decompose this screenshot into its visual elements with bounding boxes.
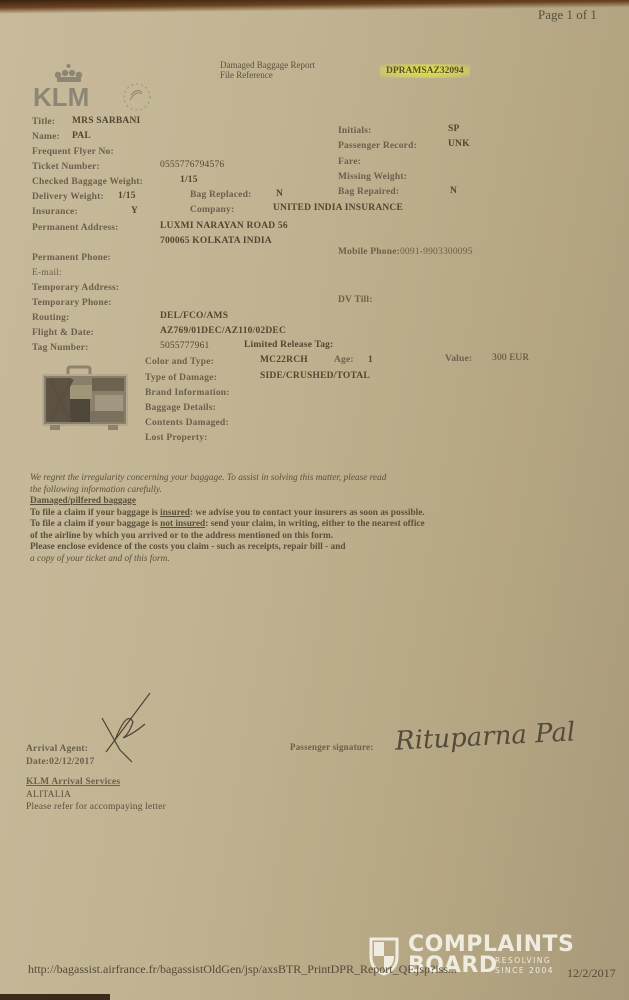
brand-info-label: Brand Information: (145, 388, 230, 398)
notice-heading: Damaged/pilfered baggage (30, 496, 425, 508)
carrier-name: ALITALIA (26, 790, 71, 800)
initials-value: SP (448, 124, 460, 134)
permanent-address-label: Permanent Address: (32, 223, 119, 233)
passenger-signature: Rituparna Pal (394, 717, 576, 756)
file-reference-label: File Reference (220, 70, 273, 80)
arrival-agent-label: Arrival Agent: (26, 744, 88, 754)
missing-weight-label: Missing Weight: (338, 172, 407, 182)
flight-date-label: Flight & Date: (32, 328, 94, 338)
permanent-address-line2: 700065 KOLKATA INDIA (160, 236, 272, 246)
ticket-value: 0555776794576 (160, 160, 224, 170)
damaged-suitcase-icon (40, 365, 135, 435)
company-label: Company: (190, 205, 234, 215)
value-label: Value: (445, 354, 472, 364)
initials-label: Initials: (338, 126, 371, 136)
title-label: Title: (32, 117, 55, 127)
passenger-record-label: Passenger Record: (338, 141, 417, 151)
delivery-weight-value: 1/15 (118, 191, 136, 201)
page-indicator: Page 1 of 1 (538, 7, 597, 23)
notice-not-insured: To file a claim if your baggage is not i… (30, 519, 425, 531)
bag-repaired-label: Bag Repaired: (338, 187, 399, 197)
company-value: UNITED INDIA INSURANCE (273, 203, 403, 213)
tag-number-value: 5055777961 (160, 341, 210, 351)
damage-type-label: Type of Damage: (145, 373, 217, 383)
flight-date-value: AZ769/01DEC/AZ110/02DEC (160, 326, 286, 336)
bag-replaced-value: N (276, 189, 283, 199)
mobile-phone: Mobile Phone:0091-9903300095 (338, 247, 473, 257)
color-type-value: MC22RCH (260, 355, 308, 365)
insurance-label: Insurance: (32, 207, 78, 217)
arrival-date: Date:02/12/2017 (26, 757, 94, 767)
notice-line-1: We regret the irregularity concerning yo… (30, 473, 425, 485)
mobile-label: Mobile Phone: (338, 247, 400, 257)
damage-type-value: SIDE/CRUSHED/TOTAL (260, 371, 370, 381)
bag-repaired-value: N (450, 186, 457, 196)
name-label: Name: (32, 132, 60, 142)
accompanying-letter-note: Please refer for accompaying letter (26, 802, 166, 812)
passenger-record-value: UNK (448, 139, 470, 149)
title-value: MRS SARBANI (72, 116, 140, 126)
email-label: E-mail: (32, 268, 62, 278)
mobile-value: 0091-9903300095 (400, 247, 473, 257)
arrival-date-value: 02/12/2017 (49, 757, 94, 767)
insurance-value: Y (131, 206, 138, 216)
checked-weight-value: 1/15 (180, 175, 198, 185)
tag-number-label: Tag Number: (32, 343, 88, 353)
notice-line-7: Please enclose evidence of the costs you… (30, 542, 425, 554)
contents-damaged-label: Contents Damaged: (145, 418, 229, 428)
notice-line-6: of the airline by which you arrived or t… (30, 531, 425, 543)
bag-replaced-label: Bag Replaced: (190, 190, 251, 200)
routing-label: Routing: (32, 313, 70, 323)
checked-weight-label: Checked Baggage Weight: (32, 177, 143, 187)
baggage-details-label: Baggage Details: (145, 403, 216, 413)
name-value: PAL (72, 131, 91, 141)
notice-line-8: a copy of your ticket and of this form. (30, 554, 425, 566)
delivery-weight-label: Delivery Weight: (32, 192, 104, 202)
temporary-address-label: Temporary Address: (32, 283, 119, 293)
permanent-address-line1: LUXMI NARAYAN ROAD 56 (160, 221, 288, 231)
klm-logo: KLM (30, 62, 155, 117)
permanent-phone-label: Permanent Phone: (32, 253, 111, 263)
temporary-phone-label: Temporary Phone: (32, 298, 112, 308)
lost-property-label: Lost Property: (145, 433, 208, 443)
age-label: Age: (334, 355, 354, 365)
notice-line-2: the following information carefully. (30, 485, 425, 497)
limited-release-tag-label: Limited Release Tag: (244, 340, 334, 350)
report-title: Damaged Baggage Report (220, 60, 315, 70)
ticket-label: Ticket Number: (32, 162, 100, 172)
agent-signature (90, 690, 170, 770)
frequent-flyer-label: Frequent Flyer No: (32, 147, 114, 157)
arrival-services-title: KLM Arrival Services (26, 777, 120, 787)
klm-crown-icon: KLM (30, 62, 155, 117)
footer-date: 12/2/2017 (567, 966, 616, 981)
dv-till-label: DV Till: (338, 295, 373, 305)
notice-insured: To file a claim if your baggage is insur… (30, 508, 425, 520)
fare-label: Fare: (338, 157, 361, 167)
file-reference: DPRAMSAZ32094 (380, 64, 470, 78)
passenger-signature-label: Passenger signature: (290, 742, 373, 752)
value-amount: 300 EUR (492, 353, 529, 363)
photo-edge-shadow-bottom (0, 994, 110, 1000)
notice-block: We regret the irregularity concerning yo… (30, 473, 425, 565)
photo-edge-shadow (0, 0, 629, 14)
routing-value: DEL/FCO/AMS (160, 311, 228, 321)
footer-url: http://bagassist.airfrance.fr/bagassistO… (28, 962, 457, 977)
age-value: 1 (368, 355, 373, 365)
color-type-label: Color and Type: (145, 357, 214, 367)
svg-text:KLM: KLM (33, 82, 89, 112)
